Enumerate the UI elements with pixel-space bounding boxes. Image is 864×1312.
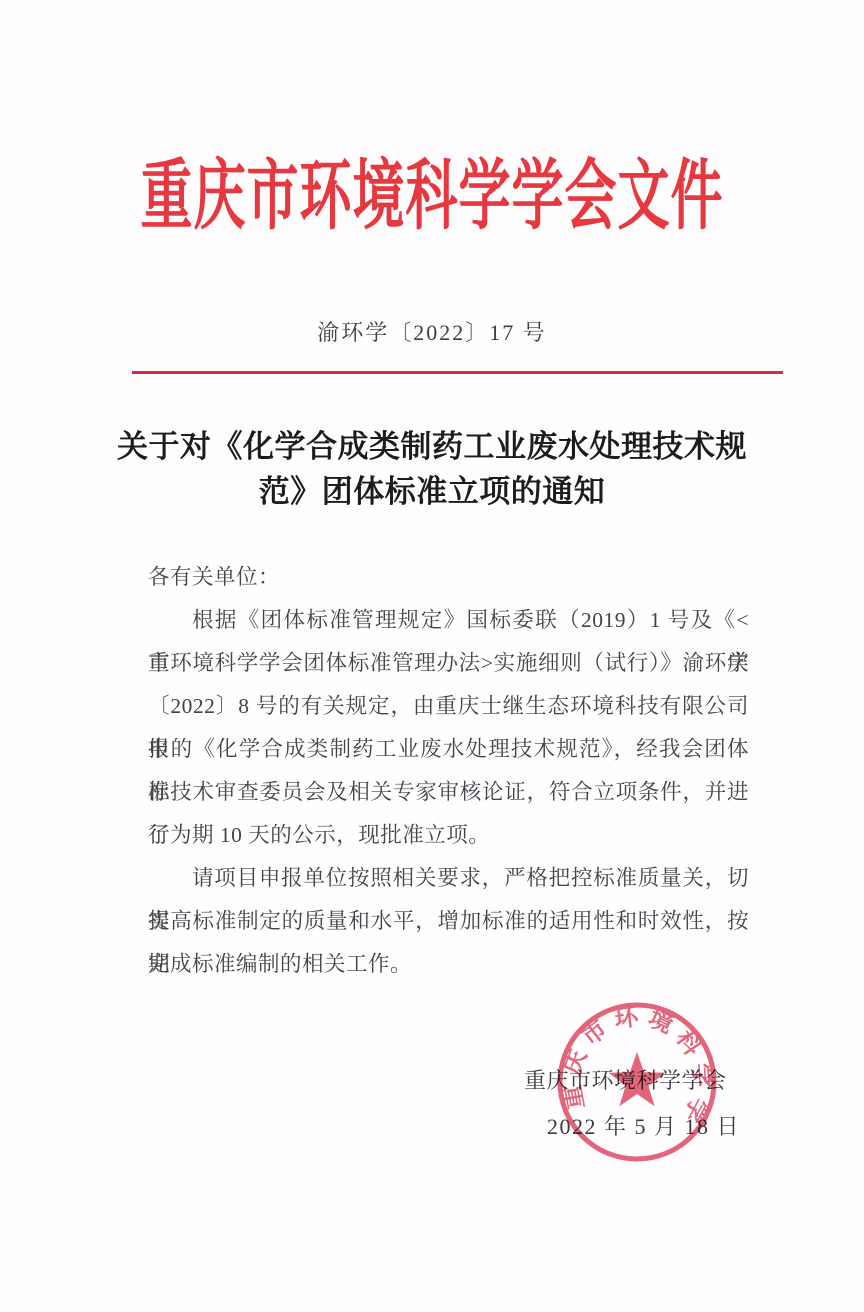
body-line: 准技术审查委员会及相关专家审核论证，符合立项条件，并进行 [148, 771, 749, 814]
body-line: 各有关单位： [148, 556, 749, 599]
body-line: 请项目申报单位按照相关要求，严格把控标准质量关，切实 [148, 857, 749, 900]
body-line: 〔2022〕8 号的有关规定，由重庆士继生态环境科技有限公司申 [148, 685, 749, 728]
doc-title-line2: 范》团体标准立项的通知 [52, 469, 812, 514]
masthead-org-title: 重庆市环境科学学会文件 [140, 160, 723, 237]
doc-number: 渝环学〔2022〕17 号 [0, 316, 864, 347]
doc-title: 关于对《化学合成类制药工业废水处理技术规 范》团体标准立项的通知 [52, 424, 812, 514]
body-line: 了为期 10 天的公示，现批准立项。 [148, 814, 749, 857]
star-icon [609, 1052, 666, 1106]
body-line: 市环境科学学会团体标准管理办法>实施细则（试行）》渝环学 [148, 642, 749, 685]
body-line: 完成标准编制的相关工作。 [148, 943, 749, 986]
red-divider-rule [132, 371, 783, 374]
body-line: 根据《团体标准管理规定》国标委联（2019）1 号及《<重庆 [148, 599, 749, 642]
body-line: 提高标准制定的质量和水平，增加标准的适用性和时效性，按期 [148, 900, 749, 943]
body-line: 报的《化学合成类制药工业废水处理技术规范》，经我会团体标 [148, 728, 749, 771]
body-paragraphs: 各有关单位：根据《团体标准管理规定》国标委联（2019）1 号及《<重庆市环境科… [148, 556, 749, 986]
masthead: 重庆市环境科学学会文件 [0, 160, 864, 212]
official-seal: 重庆市环境科学学会 [552, 997, 722, 1167]
document-page: 重庆市环境科学学会文件 渝环学〔2022〕17 号 关于对《化学合成类制药工业废… [0, 0, 864, 1312]
doc-title-line1: 关于对《化学合成类制药工业废水处理技术规 [52, 424, 812, 469]
